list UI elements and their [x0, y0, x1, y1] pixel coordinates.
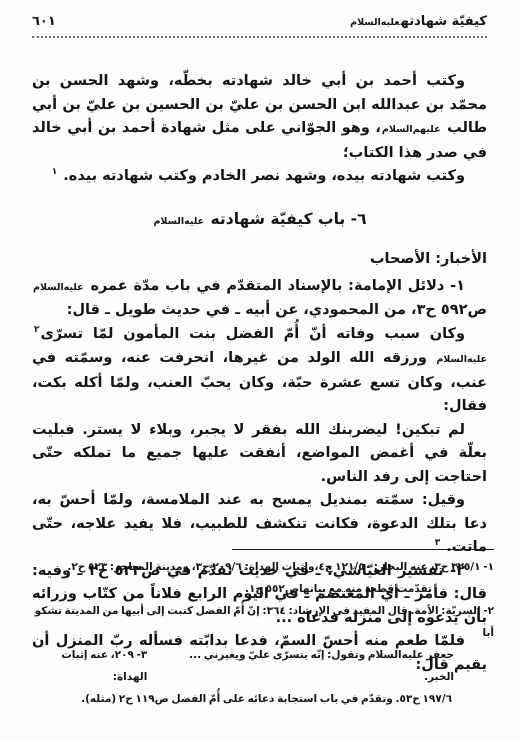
paragraph-signatures: وكتب شهادته بيده، وشهد نصر الخادم وكتب ش… [32, 165, 487, 189]
header-dotted-divider [32, 36, 487, 38]
page-number: ٦٠١ [32, 14, 56, 29]
footnote-shared-line: جعفر عليه‌السلام وتقول: إنّه يتسرّى عليّ… [26, 644, 494, 688]
hadith-1-text-3-part-1: وقيل: سمّته بمنديل يمسح به عند الملامسة،… [32, 492, 487, 555]
chapter-heading-text: ٦- باب كيفيّة شهادته [205, 210, 366, 228]
paragraph-signatures-text: وكتب شهادته بيده، وشهد نصر الخادم وكتب ش… [58, 168, 465, 184]
footnote-2-line-1: ٢- السريّة: الأمة. قال المفيد في الإرشاد… [26, 600, 494, 644]
book-page: كيفيّة شهادتهعليه‌السلام ٦٠١ وكتب أحمد ب… [0, 0, 520, 740]
hadith-1-text-1-part-2: ورزقه الله الولد من غيرها، انحرفت عنه، و… [32, 350, 487, 414]
salam-honorific: عليه‌السلام [349, 17, 401, 28]
hadith-1-text-1-part-1: وكان سبب وفاته أنّ أُمّ الفضل بنت المأمو… [41, 326, 466, 342]
salam-honorific: عليه‌السلام [32, 282, 85, 293]
running-head-title: كيفيّة شهادتهعليه‌السلام [349, 14, 487, 29]
hadith-1-marker: ١- [444, 278, 465, 294]
running-head: كيفيّة شهادتهعليه‌السلام ٦٠١ [32, 14, 487, 29]
hadith-1-intro-text-2: ص٥٩٢ ح٣، من المحمودي، عن أبيه ـ في حديث … [67, 302, 487, 318]
hadith-1-text-1: وكان سبب وفاته أنّ أُمّ الفضل بنت المأمو… [32, 323, 487, 419]
paragraph-witnesses: وكتب أحمد بن أبي خالد شهادته بخطّه، وشهد… [32, 70, 487, 165]
salam-honorific: عليهم‌السلام [381, 124, 442, 135]
running-head-title-text: كيفيّة شهادته [401, 14, 487, 29]
chapter-heading: ٦- باب كيفيّة شهادته عليه‌السلام [32, 208, 487, 234]
hadith-1-intro-text-1: بالإسناد المتقدّم في باب مدّة عمره [85, 278, 348, 294]
hadith-1-source-title: دلائل الإمامة: [348, 278, 444, 294]
footnote-1-line-1: ١- ٣٢٥/١ ح٣، عنه البحار: ١٢١/٥٠ ح٤،وإثبا… [26, 556, 494, 578]
footnote-1-line-2: تقدّمت قطعة منه مع بيانهاص٥٥٢ ح١. [26, 578, 494, 600]
section-heading: الأخبار: الأصحاب [32, 248, 487, 272]
hadith-1-intro: ١- دلائل الإمامة: بالإسناد المتقدّم في ب… [32, 275, 487, 323]
footnotes-block: ١- ٣٢٥/١ ح٣، عنه البحار: ١٢١/٥٠ ح٤،وإثبا… [26, 549, 494, 710]
footnote-3-line-2: ١٩٧/٦ ح٥٣. وتقدّم في باب استجابة دعائه ع… [26, 688, 494, 710]
footnote-divider [232, 549, 494, 550]
hadith-1-text-2: لم تبكين! ليضربنك الله بفقر لا يجبر، وبل… [32, 419, 487, 490]
salam-honorific: عليه‌السلام [152, 216, 205, 227]
footnote-3-part-1: ٣- ٢٠٩، عنه إثبات الهداة: [26, 644, 147, 688]
footnote-2-line-2: جعفر عليه‌السلام وتقول: إنّه يتسرّى عليّ… [161, 644, 494, 688]
footnote-ref-2: ٢ [33, 325, 41, 335]
